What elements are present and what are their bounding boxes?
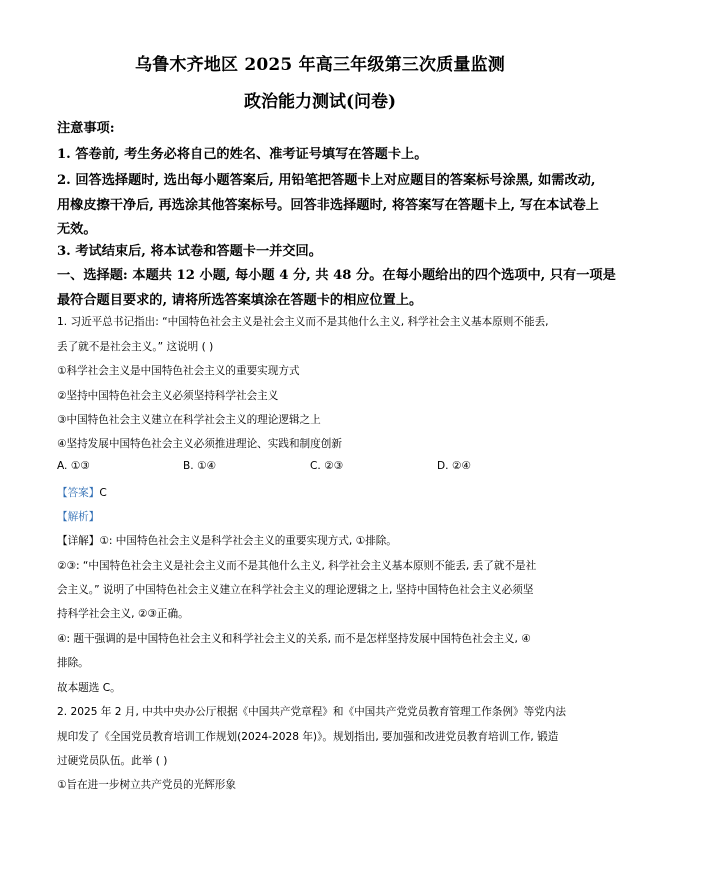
document-page: 乌鲁木齐地区 2025 年高三年级第三次质量监测 政治能力测试(问卷) 注意事项… — [0, 0, 701, 877]
answer-value: C — [99, 487, 106, 499]
notice-line: 2. 回答选择题时, 选出每小题答案后, 用铅笔把答题卡上对应题目的答案标号涂黑… — [57, 169, 595, 188]
notice-line: 1. 答卷前, 考生务必将自己的姓名、准考证号填写在答题卡上。 — [57, 143, 427, 162]
detail-row: 【详解】①: 中国特色社会主义是科学社会主义的重要实现方式, ①排除。 — [57, 533, 397, 548]
exam-subtitle: 政治能力测试(问卷) — [0, 87, 640, 112]
detail-line: 会主义。” 说明了中国特色社会主义建立在科学社会主义的理论逻辑之上, 坚持中国特… — [57, 582, 533, 597]
question-1-statement: ④坚持发展中国特色社会主义必须推进理论、实践和制度创新 — [57, 436, 342, 451]
answer-row: 【答案】C — [57, 485, 107, 500]
question-1-option-c: C. ②③ — [310, 460, 343, 472]
question-1-option-a: A. ①③ — [57, 460, 90, 472]
section-instructions: 一、选择题: 本题共 12 小题, 每小题 4 分, 共 48 分。在每小题给出… — [57, 264, 616, 283]
question-2-stem: 规印发了《全国党员教育培训工作规划(2024-2028 年)》。规划指出, 要加… — [57, 729, 558, 744]
question-1-option-d: D. ②④ — [437, 460, 471, 472]
detail-line: 故本题选 C。 — [57, 680, 121, 695]
notice-line: 3. 考试结束后, 将本试卷和答题卡一并交回。 — [57, 240, 322, 259]
answer-label: 【答案】 — [57, 487, 99, 499]
question-1-statement: ③中国特色社会主义建立在科学社会主义的理论逻辑之上 — [57, 412, 321, 427]
question-2-stem: 过硬党员队伍。此举 ( ) — [57, 753, 167, 768]
question-1-statement: ②坚持中国特色社会主义必须坚持科学社会主义 — [57, 388, 278, 403]
notice-line: 无效。 — [57, 218, 97, 237]
question-1-option-b: B. ①④ — [183, 460, 216, 472]
detail-line: 持科学社会主义, ②③正确。 — [57, 606, 189, 621]
exam-title: 乌鲁木齐地区 2025 年高三年级第三次质量监测 — [0, 50, 640, 75]
notice-line: 用橡皮擦干净后, 再选涂其他答案标号。回答非选择题时, 将答案写在答题卡上, 写… — [57, 194, 599, 213]
question-1-stem: 1. 习近平总书记指出: “中国特色社会主义是社会主义而不是其他什么主义, 科学… — [57, 314, 549, 329]
question-2-stem: 2. 2025 年 2 月, 中共中央办公厅根据《中国共产党章程》和《中国共产党… — [57, 704, 566, 719]
detail-line: ①: 中国特色社会主义是科学社会主义的重要实现方式, ①排除。 — [99, 535, 397, 547]
notice-heading: 注意事项: — [57, 117, 115, 136]
detail-line: ④: 题干强调的是中国特色社会主义和科学社会主义的关系, 而不是怎样坚持发展中国… — [57, 631, 531, 646]
detail-line: 排除。 — [57, 655, 89, 670]
section-instructions: 最符合题目要求的, 请将所选答案填涂在答题卡的相应位置上。 — [57, 289, 422, 308]
analysis-label: 【解析】 — [57, 509, 99, 524]
question-2-statement: ①旨在进一步树立共产党员的光辉形象 — [57, 777, 236, 792]
detail-line: ②③: “中国特色社会主义是社会主义而不是其他什么主义, 科学社会主义基本原则不… — [57, 558, 536, 573]
detail-label: 【详解】 — [57, 535, 99, 547]
question-1-stem: 丢了就不是社会主义。” 这说明 ( ) — [57, 339, 213, 354]
question-1-statement: ①科学社会主义是中国特色社会主义的重要实现方式 — [57, 363, 300, 378]
